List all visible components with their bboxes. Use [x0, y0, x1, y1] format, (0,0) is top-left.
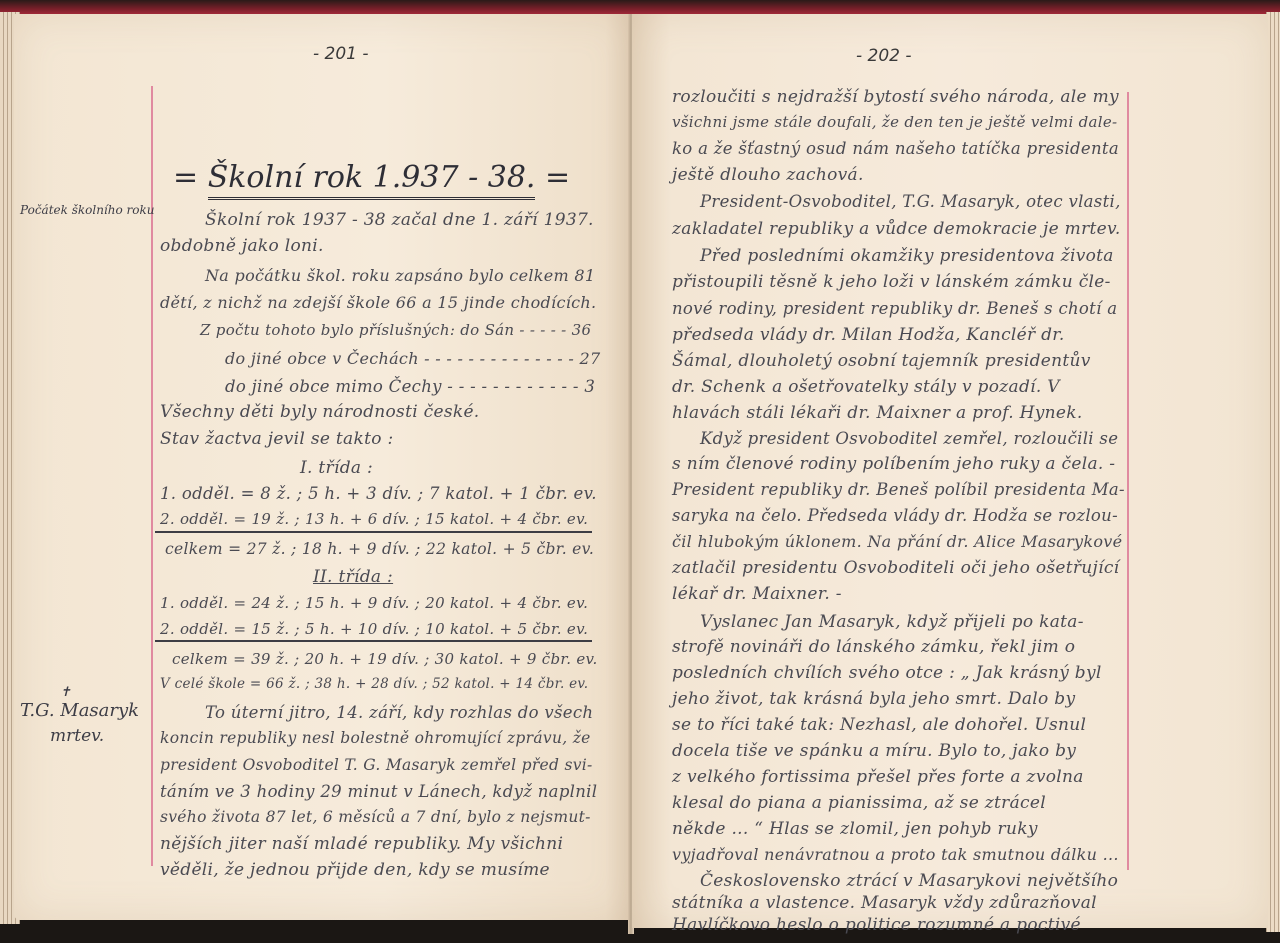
title-suffix: = [545, 160, 570, 195]
text-line: přistoupili těsně k jeho loži v lánském … [672, 272, 1111, 292]
text-line: se to říci také tak: Nezhasl, ale dohoře… [672, 715, 1086, 735]
text-line: lékař dr. Maixner. - [672, 584, 842, 604]
text-line: táním ve 3 hodiny 29 minut v Lánech, kdy… [160, 782, 597, 801]
text-line: vyjadřoval nenávratnou a proto tak smutn… [672, 845, 1119, 864]
title-prefix: = [173, 160, 198, 195]
text-line: Stav žactva jevil se takto : [160, 429, 393, 449]
class-2-heading: II. třída : [313, 567, 393, 587]
text-line: klesal do piana a pianissima, až se ztrá… [672, 793, 1046, 813]
text-line: Vyslanec Jan Masaryk, když přijeli po ka… [700, 612, 1084, 632]
text-line: nějších jiter naší mladé republiky. My v… [160, 834, 563, 854]
text-line: zakladatel republiky a vůdce demokracie … [672, 219, 1121, 239]
text-line: jeho život, tak krásná byla jeho smrt. D… [672, 689, 1075, 709]
text-line: do jiné obce mimo Čechy - - - - - - - - … [225, 377, 595, 396]
text-line: To úterní jitro, 14. září, kdy rozhlas d… [205, 703, 593, 722]
text-line: president Osvoboditel T. G. Masaryk zemř… [160, 756, 593, 774]
class-1-row-1: 1. odděl. = 8 ž. ; 5 h. + 3 dív. ; 7 kat… [160, 484, 597, 503]
text-line: všichni jsme stále doufali, že den ten j… [672, 113, 1117, 131]
text-line: Na počátku škol. roku zapsáno bylo celke… [205, 266, 595, 285]
text-line: státníka a vlastence. Masaryk vždy zdůra… [672, 893, 1097, 913]
school-total: V celé škole = 66 ž. ; 38 h. + 28 dív. ;… [160, 676, 588, 692]
text-line: posledních chvílích svého otce : „ Jak k… [672, 663, 1102, 683]
text-line: čil hlubokým úklonem. Na přání dr. Alice… [672, 532, 1122, 551]
text-line: Před posledními okamžiky presidentova ži… [700, 246, 1114, 266]
class-2-row-1: 1. odděl. = 24 ž. ; 15 h. + 9 dív. ; 20 … [160, 594, 588, 612]
text-line: obdobně jako loni. [160, 236, 324, 256]
text-line: Když president Osvoboditel zemřel, rozlo… [700, 429, 1118, 448]
text-line: Havlíčkovo heslo o politice rozumné a po… [672, 915, 1081, 935]
text-line: Z počtu tohoto bylo příslušných: do Sán … [200, 321, 591, 339]
text-line: do jiné obce v Čechách - - - - - - - - -… [225, 349, 600, 368]
class-1-row-2: 2. odděl. = 19 ž. ; 13 h. + 6 dív. ; 15 … [160, 510, 588, 528]
text-line: Školní rok 1937 - 38 začal dne 1. září 1… [205, 210, 594, 230]
title-text: Školní rok 1.937 - 38. [208, 160, 536, 200]
text-line: hlavách stáli lékaři dr. Maixner a prof.… [672, 403, 1083, 423]
margin-note-dead: mrtev. [50, 726, 104, 746]
sum-rule [155, 531, 592, 533]
text-line: docela tiše ve spánku a míru. Bylo to, j… [672, 741, 1076, 761]
page-stack-right [1266, 12, 1280, 932]
text-line: zatlačil presidentu Osvoboditeli oči jeh… [672, 558, 1119, 578]
text-line: věděli, že jednou přijde den, kdy se mus… [160, 860, 550, 880]
page-number-right: - 202 - [856, 46, 912, 66]
class-1-heading: I. třída : [300, 458, 373, 478]
text-line: nové rodiny, president republiky dr. Ben… [672, 299, 1117, 318]
page-number-left: - 201 - [313, 44, 369, 64]
text-line: někde ... “ Hlas se zlomil, jen pohyb ru… [672, 819, 1038, 839]
margin-note-school-year-start: Počátek školního roku [20, 203, 154, 217]
text-line: Šámal, dlouholetý osobní tajemník presid… [672, 351, 1091, 371]
text-line: svého života 87 let, 6 měsíců a 7 dní, b… [160, 808, 591, 826]
text-line: s ním členové rodiny políbením jeho ruky… [672, 454, 1115, 474]
text-line: President-Osvoboditel, T.G. Masaryk, ote… [700, 192, 1121, 211]
sum-rule [155, 640, 592, 642]
text-line: rozloučiti s nejdražší bytostí svého nár… [672, 87, 1119, 107]
text-line: předseda vlády dr. Milan Hodža, Kancléř … [672, 325, 1065, 345]
death-cross-icon: ✝ [60, 685, 71, 700]
text-line: President republiky dr. Beneš políbil pr… [672, 480, 1125, 499]
class-2-row-2: 2. odděl. = 15 ž. ; 5 h. + 10 dív. ; 10 … [160, 620, 588, 638]
section-title: = Školní rok 1.937 - 38. = [173, 160, 570, 195]
text-line: koncin republiky nesl bolestně ohromujíc… [160, 729, 591, 747]
class-1-total: celkem = 27 ž. ; 18 h. + 9 dív. ; 22 kat… [165, 540, 594, 558]
text-line: z velkého fortissima přešel přes forte a… [672, 767, 1084, 787]
text-line: saryka na čelo. Předseda vlády dr. Hodža… [672, 506, 1118, 525]
text-line: dětí, z nichž na zdejší škole 66 a 15 ji… [160, 293, 596, 312]
class-2-total: celkem = 39 ž. ; 20 h. + 19 dív. ; 30 ka… [172, 650, 598, 668]
right-margin-rule [1127, 92, 1129, 870]
text-line: ko a že šťastný osud nám našeho tatíčka … [672, 139, 1119, 158]
text-line: Všechny děti byly národnosti české. [160, 402, 480, 422]
text-line: ještě dlouho zachová. [672, 165, 864, 185]
text-line: strofě novináři do lánského zámku, řekl … [672, 637, 1075, 657]
text-line: Československo ztrácí v Masarykovi nejvě… [700, 871, 1118, 891]
text-line: dr. Schenk a ošetřovatelky stály v pozad… [672, 377, 1060, 397]
margin-note-masaryk: T.G. Masaryk [20, 700, 139, 721]
